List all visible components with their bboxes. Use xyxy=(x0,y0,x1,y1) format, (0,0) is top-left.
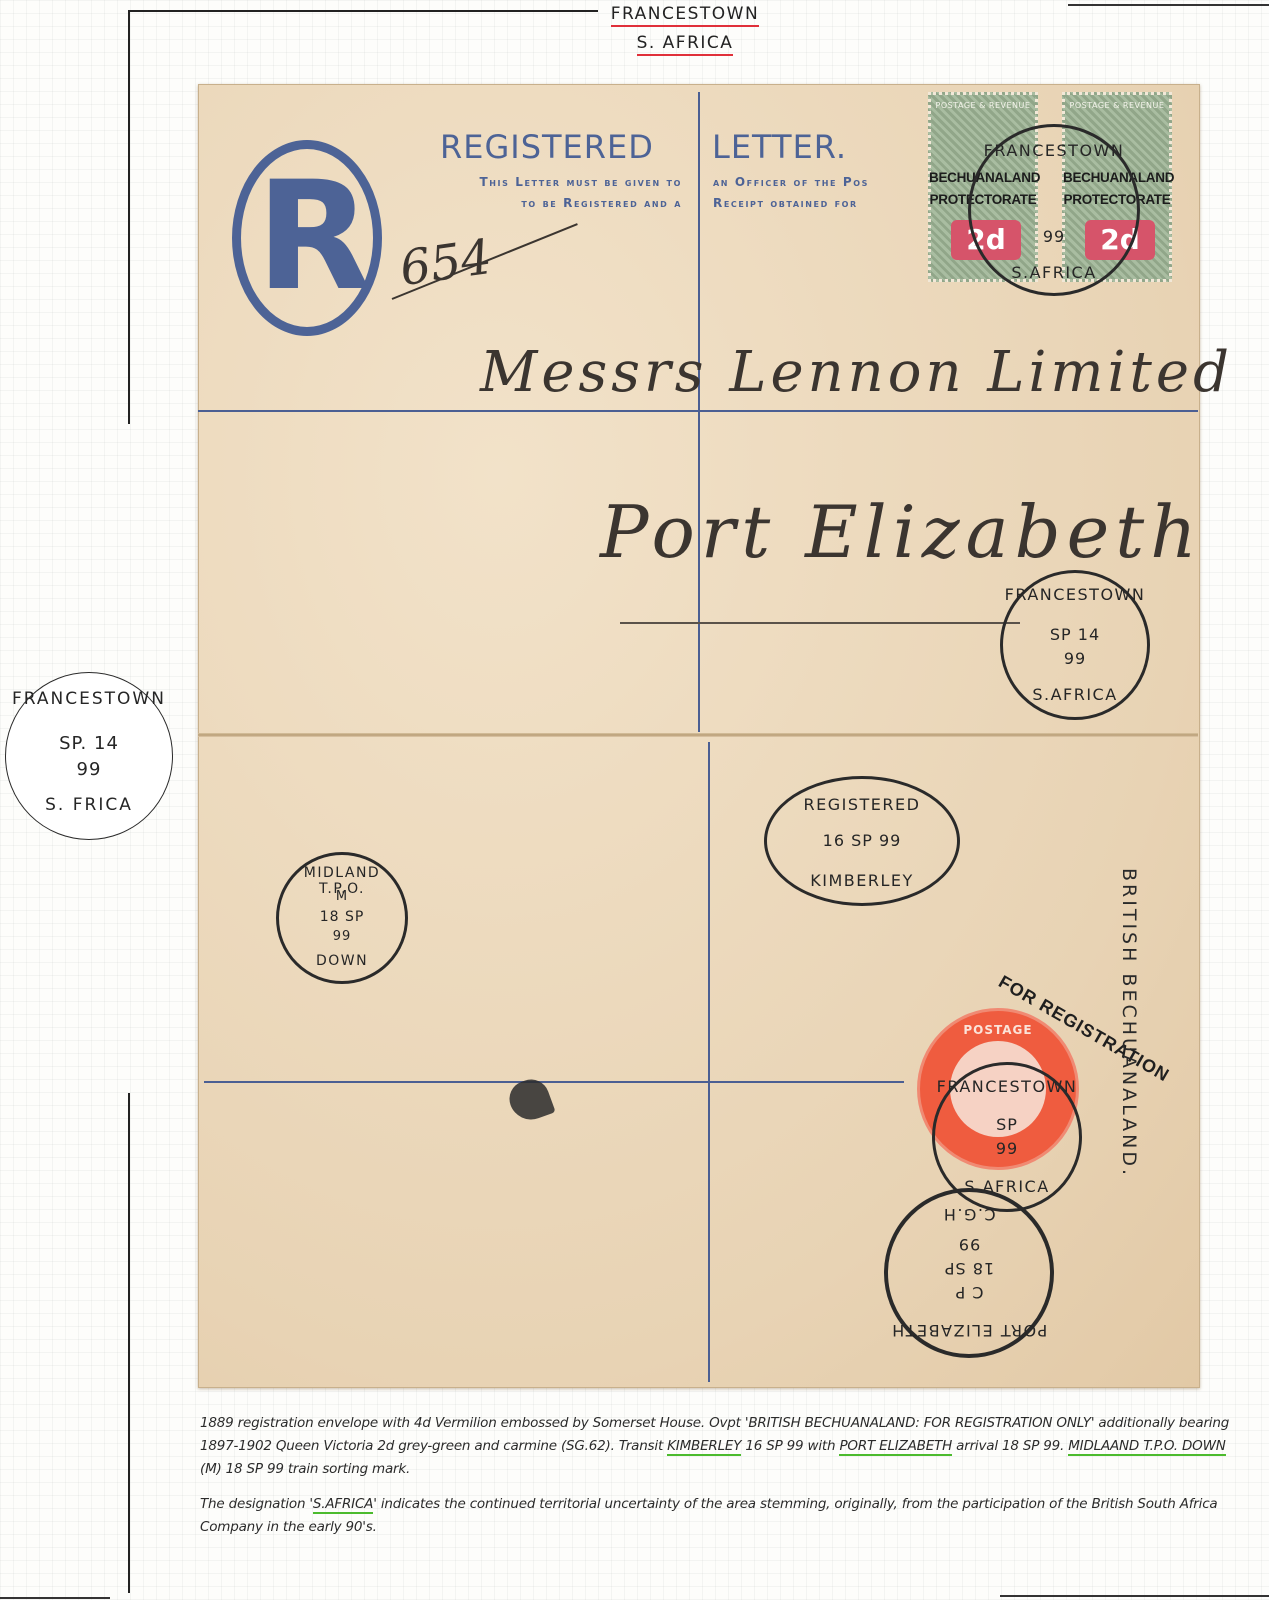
instruction-left-2: to be Registered and a xyxy=(390,196,682,210)
underlined-s-africa: S.AFRICA xyxy=(313,1496,373,1514)
registration-r-letter: R xyxy=(256,152,356,322)
postmark-port-elizabeth: PORT ELIZABETH C P 18 SP 99 C.G.H xyxy=(884,1188,1054,1358)
frame-line xyxy=(1068,4,1269,6)
postmark-date: 18 SP xyxy=(888,1259,1050,1278)
postmark-ring-top: FRANCESTOWN xyxy=(6,689,172,709)
british-bechuanaland-overprint: BRITISH BECHUANALAND. xyxy=(1100,868,1140,1348)
heading-country: S. AFRICA xyxy=(637,33,734,56)
registered-title: REGISTERED xyxy=(440,128,654,166)
postmark-ring-top: PORT ELIZABETH xyxy=(888,1321,1050,1340)
postmark-year: 99 xyxy=(1003,649,1147,668)
frame-line xyxy=(1000,1595,1269,1597)
postmark-ring-bottom: DOWN xyxy=(279,953,405,969)
postmark-date: SP xyxy=(935,1115,1079,1134)
description-caption: 1889 registration envelope with 4d Vermi… xyxy=(200,1412,1230,1551)
letter-title: LETTER. xyxy=(712,128,847,166)
postmark-ring-top: REGISTERED xyxy=(767,795,957,814)
postmark-ring-bottom: S.AFRICA xyxy=(971,263,1137,282)
postmark-year: 99 xyxy=(6,759,172,780)
stamp-label: POSTAGE & REVENUE xyxy=(1065,101,1169,110)
heading-town: FRANCESTOWN xyxy=(611,4,759,27)
postmark-ring-bottom: KIMBERLEY xyxy=(767,871,957,890)
frame-line xyxy=(128,11,130,424)
postmark-ring-top: FRANCESTOWN xyxy=(1003,585,1147,604)
postmark-registered-kimberley: REGISTERED 16 SP 99 KIMBERLEY xyxy=(764,776,960,906)
instruction-right-2: Receipt obtained for xyxy=(713,196,913,210)
address-line-1: Messrs Lennon Limited xyxy=(480,340,1233,405)
postmark-date: 18 SP xyxy=(279,909,405,925)
rule-line xyxy=(698,92,700,732)
instruction-left-1: This Letter must be given to xyxy=(390,175,682,189)
postmark-code: C P xyxy=(888,1283,1050,1302)
postmark-code: M xyxy=(279,889,405,904)
caption-paragraph-2: The designation 'S.AFRICA' indicates the… xyxy=(200,1493,1230,1539)
postmark-ring-top: FRANCESTOWN xyxy=(971,141,1137,160)
page-heading: FRANCESTOWN S. AFRICA xyxy=(600,4,770,62)
postmark-francestown-stamps: FRANCESTOWN 99 S.AFRICA xyxy=(968,124,1140,296)
postmark-ring-bottom: S.AFRICA xyxy=(1003,685,1147,704)
rule-line xyxy=(204,1081,904,1083)
underlined-port-elizabeth: PORT ELIZABETH xyxy=(839,1438,952,1456)
postmark-year: 99 xyxy=(279,929,405,944)
postmark-date: SP. 14 xyxy=(6,733,172,754)
postmark-year: 99 xyxy=(888,1235,1050,1254)
frame-line xyxy=(0,1597,110,1599)
postmark-ring-top: FRANCESTOWN xyxy=(935,1077,1079,1096)
frame-line xyxy=(128,1093,130,1593)
rule-line xyxy=(708,742,710,1382)
stamp-label: POSTAGE & REVENUE xyxy=(931,101,1035,110)
address-line-2: Port Elizabeth xyxy=(600,490,1203,574)
postmark-ring-bottom: C.G.H xyxy=(888,1205,1050,1224)
pen-underline xyxy=(620,622,1020,624)
postmark-francestown: FRANCESTOWN SP 14 99 S.AFRICA xyxy=(1000,570,1150,720)
frame-line xyxy=(128,10,598,12)
instruction-right-1: an Officer of the Pos xyxy=(713,175,913,189)
underlined-midland-tpo: MIDLAAND T.P.O. DOWN xyxy=(1068,1438,1225,1456)
postmark-ring-bottom: S. FRICA xyxy=(6,795,172,815)
caption-paragraph-1: 1889 registration envelope with 4d Vermi… xyxy=(200,1412,1230,1481)
embossed-stamp-label: POSTAGE xyxy=(920,1023,1076,1037)
enlarged-cancel-drawing: FRANCESTOWN SP. 14 99 S. FRICA xyxy=(5,672,173,840)
postmark-year: 99 xyxy=(935,1139,1079,1158)
postmark-date: 16 SP 99 xyxy=(767,831,957,850)
envelope-fold xyxy=(198,733,1198,737)
postmark-midland-tpo: MIDLAND T.P.O. M 18 SP 99 DOWN xyxy=(276,852,408,984)
postmark-year: 99 xyxy=(971,227,1137,246)
postmark-date: SP 14 xyxy=(1003,625,1147,644)
underlined-kimberley: KIMBERLEY xyxy=(667,1438,741,1456)
